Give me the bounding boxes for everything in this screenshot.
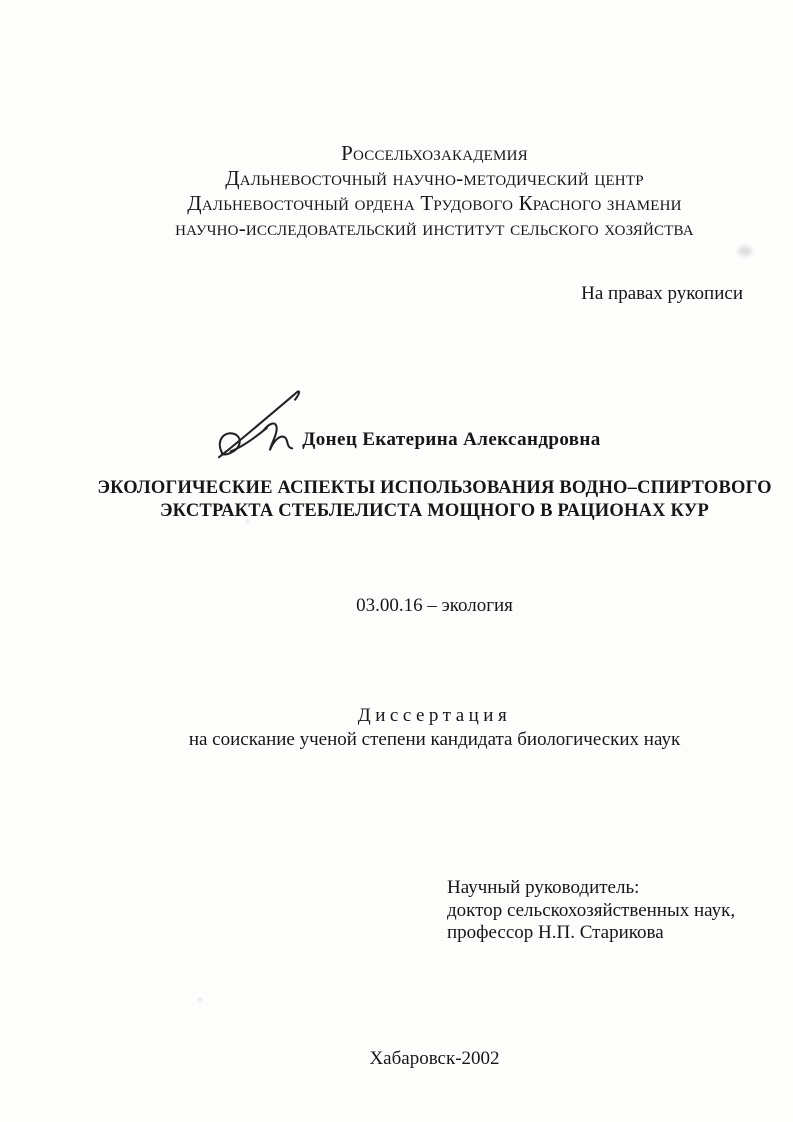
dissertation-title: ЭКОЛОГИЧЕСКИЕ АСПЕКТЫ ИСПОЛЬЗОВАНИЯ ВОДН… (84, 477, 785, 522)
institution-line-4: научно-исследовательский институт сельск… (84, 216, 785, 241)
signature-image (210, 386, 310, 464)
city-year: Хабаровск-2002 (84, 1048, 785, 1070)
institution-line-3: Дальневосточный ордена Трудового Красног… (84, 191, 785, 216)
specialty-code: 03.00.16 – экология (84, 595, 785, 617)
institution-line-1: Россельхозакадемия (84, 141, 785, 166)
supervisor-block: Научный руководитель: доктор сельскохозя… (447, 877, 735, 945)
dissertation-title-line-2: ЭКСТРАКТА СТЕБЛЕЛИСТА МОЩНОГО В РАЦИОНАХ… (84, 500, 785, 523)
supervisor-name: профессор Н.П. Старикова (447, 922, 735, 945)
degree-subtitle: на соискание ученой степени кандидата би… (84, 729, 785, 751)
dissertation-title-line-1: ЭКОЛОГИЧЕСКИЕ АСПЕКТЫ ИСПОЛЬЗОВАНИЯ ВОДН… (84, 477, 785, 500)
institution-line-2: Дальневосточный научно-методический цент… (84, 166, 785, 191)
scanned-title-page: Россельхозакадемия Дальневосточный научн… (0, 0, 793, 1122)
degree-heading: Диссертация (84, 705, 785, 727)
scan-speck (246, 520, 249, 523)
author-name: Донец Екатерина Александровна (84, 429, 785, 451)
scan-speck (198, 998, 202, 1001)
supervisor-label: Научный руководитель: (447, 877, 735, 900)
institution-header: Россельхозакадемия Дальневосточный научн… (84, 141, 785, 241)
supervisor-degree: доктор сельскохозяйственных наук, (447, 900, 735, 923)
scan-speck (738, 246, 752, 256)
manuscript-rights-note: На правах рукописи (84, 283, 785, 305)
page-content: Россельхозакадемия Дальневосточный научн… (84, 0, 785, 1122)
